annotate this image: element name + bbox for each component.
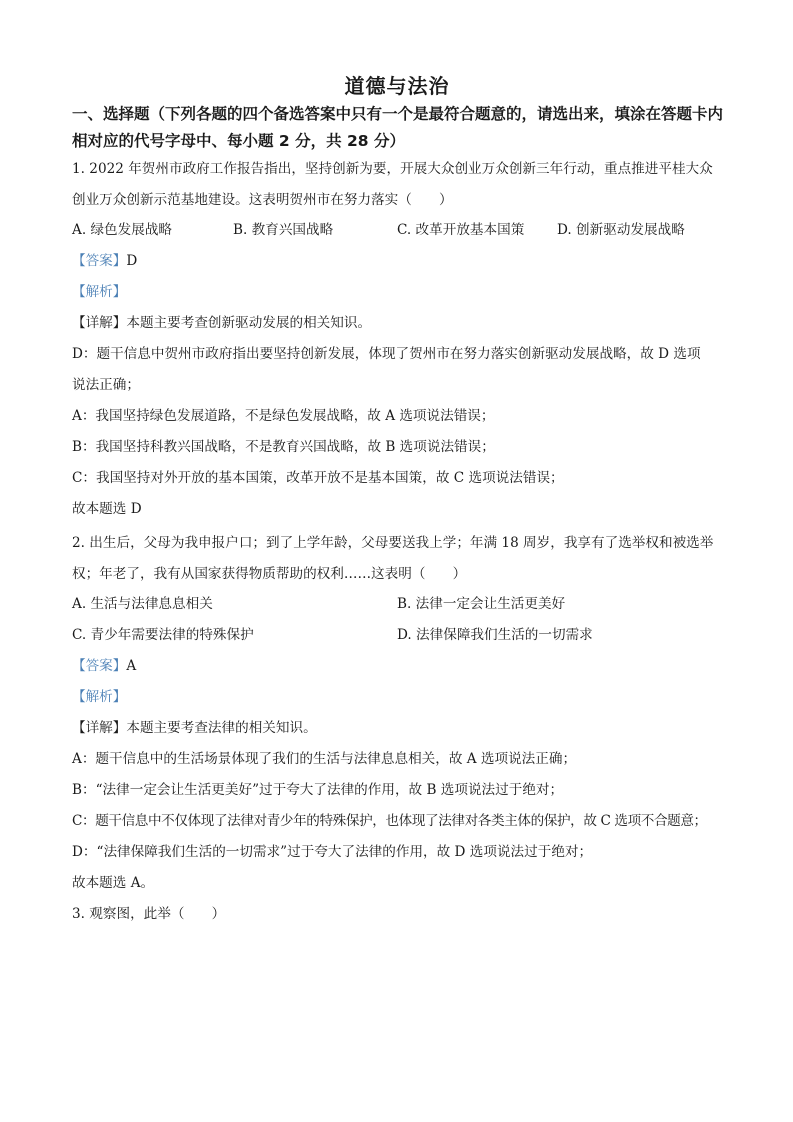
option-b: B. 法律一定会让生活更美好	[397, 594, 565, 614]
option-c: C. 青少年需要法律的特殊保护	[72, 625, 254, 645]
detail-label: 【详解】	[72, 315, 126, 331]
explanation-line: C：题干信息中不仅体现了法律对青少年的特殊保护，也体现了法律对各类主体的保护，故…	[72, 811, 707, 831]
option-a: A. 绿色发展战略	[72, 220, 172, 240]
analysis-label: 【解析】	[72, 284, 126, 300]
question-stem-line: 2. 出生后，父母为我申报户口；到了上学年龄，父母要送我上学；年满 18 周岁，…	[72, 533, 713, 553]
question-stem-line: 创业万众创新示范基地建设。这表明贺州市在努力落实（ ）	[72, 190, 453, 210]
detail-intro: 本题主要考查法律的相关知识。	[126, 720, 316, 736]
answer-line: 【答案】D	[72, 251, 137, 271]
conclusion-line: 故本题选 D	[72, 499, 142, 519]
page-title: 道德与法治	[72, 70, 722, 99]
detail-line: 【详解】本题主要考查法律的相关知识。	[72, 718, 317, 738]
option-c: C. 改革开放基本国策	[397, 220, 524, 240]
explanation-line: D：“法律保障我们生活的一切需求”过于夸大了法律的作用，故 D 选项说法过于绝对…	[72, 842, 592, 862]
question-stem-line: 1. 2022 年贺州市政府工作报告指出，坚持创新为要，开展大众创业万众创新三年…	[72, 159, 713, 179]
question-stem-line: 权；年老了，我有从国家获得物质帮助的权利……这表明（ ）	[72, 564, 466, 584]
option-d: D. 创新驱动发展战略	[557, 220, 685, 240]
answer-label: 【答案】	[72, 253, 126, 269]
section-heading: 一、选择题（下列各题的四个备选答案中只有一个是最符合题意的，请选出来，填涂在答题…	[72, 101, 724, 155]
analysis-line: 【解析】	[72, 687, 126, 707]
option-d: D. 法律保障我们生活的一切需求	[397, 625, 593, 645]
answer-label: 【答案】	[72, 658, 126, 674]
explanation-line: 说法正确；	[72, 375, 140, 395]
explanation-line: B：我国坚持科教兴国战略，不是教育兴国战略，故 B 选项说法错误；	[72, 437, 495, 457]
explanation-line: A：我国坚持绿色发展道路，不是绿色发展战略，故 A 选项说法错误；	[72, 406, 495, 426]
explanation-line: B：“法律一定会让生活更美好”过于夸大了法律的作用，故 B 选项说法过于绝对；	[72, 780, 563, 800]
conclusion-line: 故本题选 A。	[72, 873, 154, 893]
answer-line: 【答案】A	[72, 656, 136, 676]
answer-value: D	[126, 253, 137, 269]
explanation-line: A：题干信息中的生活场景体现了我们的生活与法律息息相关，故 A 选项说法正确；	[72, 749, 576, 769]
analysis-label: 【解析】	[72, 689, 126, 705]
question-stem-line: 3. 观察图，此举（ ）	[72, 904, 225, 924]
answer-value: A	[126, 658, 136, 674]
option-a: A. 生活与法律息息相关	[72, 594, 213, 614]
detail-line: 【详解】本题主要考查创新驱动发展的相关知识。	[72, 313, 371, 333]
option-b: B. 教育兴国战略	[233, 220, 333, 240]
explanation-line: D：题干信息中贺州市政府指出要坚持创新发展，体现了贺州市在努力落实创新驱动发展战…	[72, 344, 701, 364]
detail-label: 【详解】	[72, 720, 126, 736]
analysis-line: 【解析】	[72, 282, 126, 302]
explanation-line: C：我国坚持对外开放的基本国策，改革开放不是基本国策，故 C 选项说法错误；	[72, 468, 564, 488]
detail-intro: 本题主要考查创新驱动发展的相关知识。	[126, 315, 371, 331]
